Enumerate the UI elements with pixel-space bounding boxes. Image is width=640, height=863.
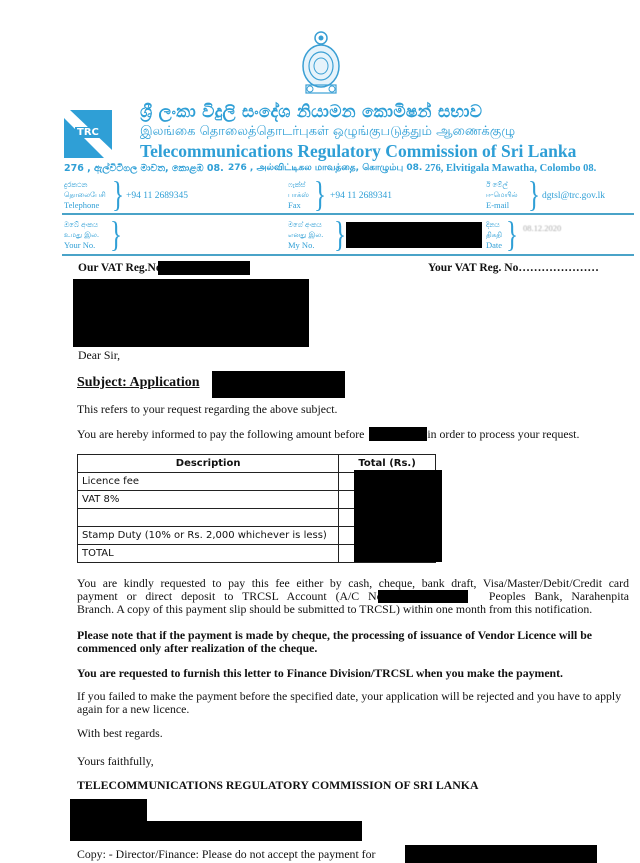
email-label-en: E-mail (486, 200, 518, 210)
row-description (78, 509, 339, 527)
copy-redacted (405, 845, 597, 863)
national-emblem-icon (300, 30, 342, 98)
email-label-ta: ஈ-மெயில் (486, 190, 518, 200)
payment-line-3: Branch. A copy of this payment slip shou… (77, 603, 629, 616)
telephone-label-en: Telephone (64, 200, 106, 210)
brace-icon: } (314, 176, 326, 212)
totals-redacted (354, 470, 442, 562)
address-english: 276, Elvitigala Mawatha, Colombo 08. (425, 163, 596, 174)
date-label-en: Date (486, 240, 502, 250)
your-no-label-ta: உமது இல. (64, 230, 99, 240)
email-label-si: ඊ මේල් (486, 180, 518, 190)
brace-icon: } (334, 216, 346, 252)
paragraph-failure-notice: If you failed to make the payment before… (77, 690, 633, 716)
brace-icon: } (112, 176, 124, 212)
my-no-label: මගේ අංකය எனது இல. My No. (288, 220, 323, 250)
email-label: ඊ මේල් ஈ-மெயில் E-mail (486, 180, 518, 210)
brace-icon: } (506, 216, 518, 252)
row-description: Stamp Duty (10% or Rs. 2,000 whichever i… (78, 527, 339, 545)
your-no-label-si: ඔබේ අංකය (64, 220, 99, 230)
date-label-ta: திகதி (486, 230, 502, 240)
subject-label: Subject: Application (77, 376, 200, 389)
org-name-sinhala: ශ්‍රී ලංකා විදුලි සංදේශ නියාමන කොමිෂන් ස… (140, 102, 482, 122)
my-no-label-en: My No. (288, 240, 323, 250)
column-header-description: Description (78, 455, 339, 473)
your-no-label-en: Your No. (64, 240, 99, 250)
org-name-english: Telecommunications Regulatory Commission… (140, 141, 576, 162)
row-description: TOTAL (78, 545, 339, 563)
my-no-redacted (346, 222, 482, 248)
fax-value: +94 11 2689341 (330, 191, 392, 201)
date-label: දිනය திகதி Date (486, 220, 502, 250)
copy-line: Copy: - Director/Finance: Please do not … (77, 848, 375, 861)
fax-label-si: ෆැක්ස් (288, 180, 309, 190)
paragraph-payment-methods: You are kindly requested to pay this fee… (77, 577, 629, 616)
fax-label: ෆැක්ස් பாக்ஸ் Fax (288, 180, 309, 210)
closing: With best regards. (77, 727, 163, 740)
my-no-label-si: මගේ අංකය (288, 220, 323, 230)
recipient-address-redacted (73, 279, 309, 347)
org-name-tamil: இலங்கை தொலைத்தொடர்புகள் ஒழுங்குபடுத்தும்… (140, 124, 515, 140)
telephone-label-si: දුරකථන (64, 180, 106, 190)
subject-redacted (212, 371, 345, 398)
date-label-si: දිනය (486, 220, 502, 230)
date-value: 08.12.2020 (523, 223, 561, 233)
pay-before-text: You are hereby informed to pay the follo… (77, 427, 364, 441)
your-vat-label: Your VAT Reg. No………………… (428, 262, 599, 275)
telephone-label: දුරකථන தொலைபேசி Telephone (64, 180, 106, 210)
pay-after-text: in order to process your request. (427, 427, 579, 441)
our-vat-redacted (158, 261, 250, 275)
your-no-label: ඔබේ අංකය உமது இல. Your No. (64, 220, 99, 250)
paragraph-request: This refers to your request regarding th… (77, 403, 337, 416)
signatory-redacted (70, 821, 362, 841)
brace-icon: } (528, 176, 540, 212)
logo-text: TRC (75, 127, 101, 138)
address-tamil: 276 , அல்விட்டிகல மாவத்தை, கொழும்பு 08. (228, 163, 422, 174)
signature-redacted (70, 799, 147, 821)
paragraph-furnish-letter: You are requested to furnish this letter… (77, 667, 563, 680)
my-no-label-ta: எனது இல. (288, 230, 323, 240)
sign-off: Yours faithfully, (77, 755, 154, 768)
fax-label-ta: பாக்ஸ் (288, 190, 309, 200)
row-description: Licence fee (78, 473, 339, 491)
header-divider (62, 213, 634, 215)
address-sinhala: 276 , ඇල්විටිගල මාවත, කොළඹ 08. (64, 163, 224, 174)
our-vat-label: Our VAT Reg.No (78, 262, 162, 275)
email-value[interactable]: dgtsl@trc.gov.lk (542, 191, 605, 201)
row-description: VAT 8% (78, 491, 339, 509)
fax-label-en: Fax (288, 200, 309, 210)
header-divider-bottom (62, 254, 634, 256)
trc-logo: TRC (64, 110, 112, 158)
salutation: Dear Sir, (78, 349, 120, 362)
telephone-label-ta: தொலைபேசி (64, 190, 106, 200)
due-date-redacted (369, 427, 427, 441)
organization-name: TELECOMMUNICATIONS REGULATORY COMMISSION… (77, 779, 479, 792)
brace-icon: } (110, 216, 122, 252)
telephone-value: +94 11 2689345 (126, 191, 188, 201)
paragraph-cheque-note: Please note that if the payment is made … (77, 629, 633, 655)
paragraph-pay-before: You are hereby informed to pay the follo… (77, 427, 579, 441)
